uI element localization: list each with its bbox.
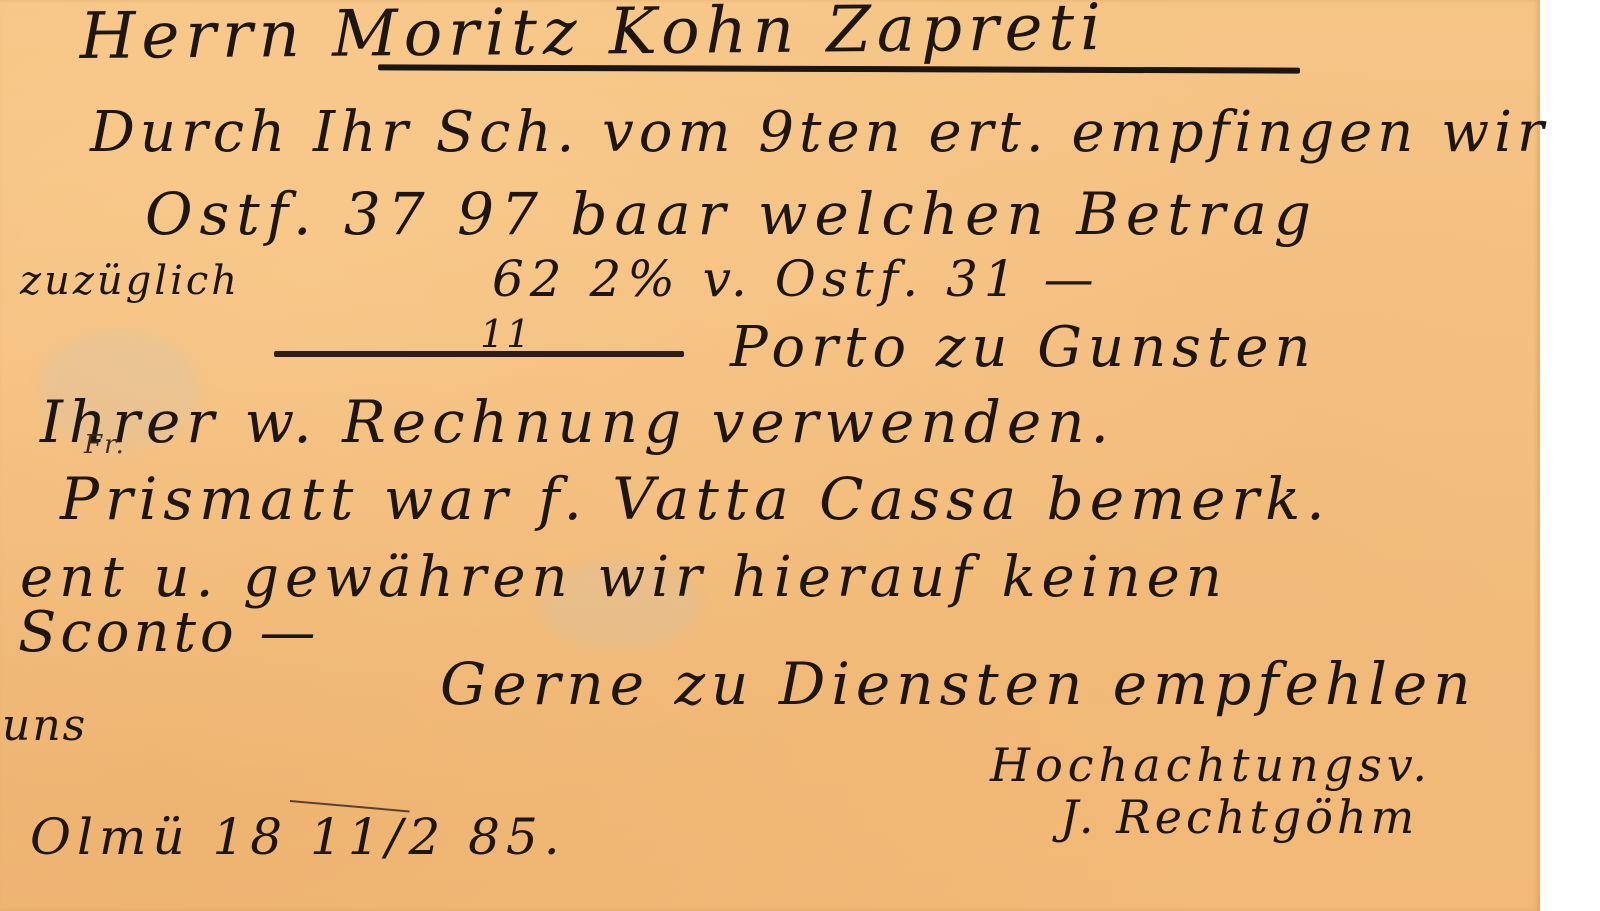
body-line-4-amounts: 62 2% v. Ostf. 31 — [492,250,1100,308]
scanned-letter-page: Herrn Moritz Kohn Zapreti Durch Ihr Sch.… [0,0,1600,911]
body-line-4-left: zuzüglich [20,258,240,304]
aged-paper-sheet: Herrn Moritz Kohn Zapreti Durch Ihr Sch.… [0,0,1540,911]
salutation-line: Herrn Moritz Kohn Zapreti [79,0,1107,74]
body-line-5-number: 11 [480,312,532,356]
body-line-11: uns [2,700,87,751]
body-line-7-prefix: Fr. [84,430,126,460]
body-line-2: Durch Ihr Sch. vom 9ten ert. empfingen w… [90,100,1549,165]
closing-hochachtungsvoll: Hochachtungsv. [990,738,1432,792]
body-line-6: Ihrer w. Rechnung verwenden. [40,388,1115,456]
salutation-underline [378,64,1300,73]
body-line-9: Sconto — [18,600,320,665]
body-line-3: Ostf. 37 97 baar welchen Betrag [145,180,1318,248]
place-and-date: Olmü 18 11/2 85. [30,808,566,866]
body-line-7: Prismatt war f. Vatta Cassa bemerk. [60,465,1331,533]
body-line-5-right: Porto zu Gunsten [730,315,1317,380]
body-line-10: Gerne zu Diensten empfehlen [440,650,1477,718]
signature: J. Rechtgöhm [1060,790,1418,844]
sum-rule [274,351,684,357]
